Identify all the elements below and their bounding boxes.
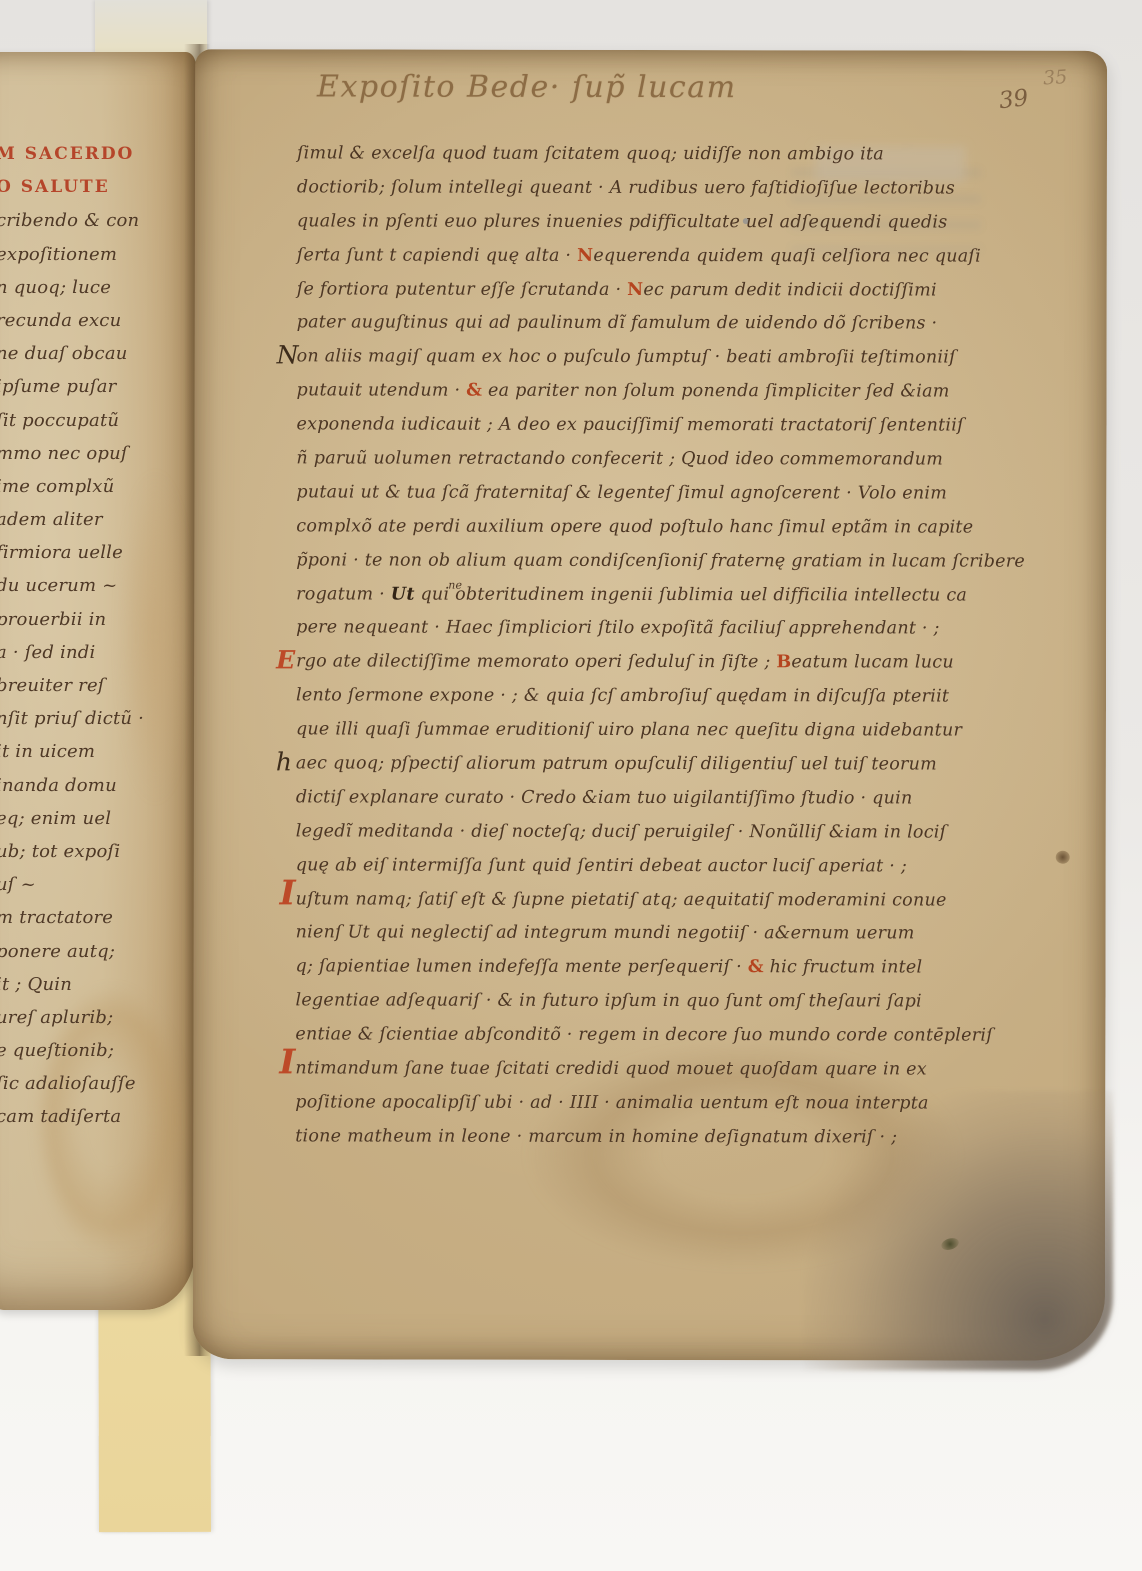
text-line: ime complxũ — [0, 470, 146, 503]
text-line: ſic adalioſauſſe — [0, 1067, 146, 1100]
line-segment: rogatum · — [296, 584, 391, 604]
text-line: ſerta ſunt t capiendi quę alta · Nequere… — [297, 239, 1027, 274]
text-line: ſit poccupatũ — [0, 404, 146, 437]
line-segment: hic fructum intel — [764, 958, 923, 978]
text-line: ſe fortiora putentur eſſe ſcrutanda · Ne… — [297, 273, 1027, 308]
text-line: cam tadiſerta — [0, 1100, 146, 1133]
line-segment: on aliis magiſ quam ex hoc o puſculo ſum… — [297, 347, 956, 368]
text-line: du ucerum ~ — [0, 569, 146, 602]
text-line: ſimul & excelſa quod tuam ſcitatem quoq;… — [297, 137, 1027, 172]
text-line: putauit utendum · & ea pariter non ſolum… — [297, 375, 1027, 410]
text-line: rogatum · Ut qui obteritudinem ingenii ſ… — [296, 578, 1026, 613]
line-segment: ſe fortiora putentur eſſe ſcrutanda · — [297, 279, 627, 300]
text-line: lento ſermone expone · ; & quia ſcſ ambr… — [296, 680, 1026, 715]
text-line: prouerbii in — [0, 603, 146, 636]
line-segment: ea pariter non ſolum ponenda ſimpliciter… — [482, 381, 949, 402]
text-line: it ; Quin — [0, 968, 146, 1001]
margin-initial: N — [277, 339, 299, 373]
text-line: Intimandum ſane tuae ſcitati credidi quo… — [295, 1052, 1025, 1087]
text-line: ub; tot expoſi — [0, 835, 146, 868]
line-segment: ec parum dedit indicii doctiſſimi — [643, 280, 937, 301]
line-segment: ntimandum ſane tuae ſcitati credidi quod… — [295, 1058, 927, 1079]
text-line: ne duaſ obcau — [0, 337, 146, 370]
manuscript-page: Expoſito Bede· ſup̃ lucam 39 35 ſimul & … — [193, 49, 1107, 1361]
text-line: inanda domu — [0, 769, 146, 802]
line-segment: uſtum namq; ſatiſ eſt & ſupne pietatiſ a… — [296, 889, 947, 910]
text-line: cribendo & con — [0, 204, 146, 237]
text-line: nſit priuſ dictũ · — [0, 702, 146, 735]
text-line: recunda excu — [0, 304, 146, 337]
text-line: Ergo ate dilectiſſime memorato operi ſed… — [296, 646, 1026, 681]
text-line: mmo nec opuſ — [0, 437, 146, 470]
rubricated-letter: N — [627, 280, 643, 300]
text-line: legedĩ meditanda · dieſ nocteſq; duciſ p… — [296, 815, 1026, 850]
text-line: n quoq; luce — [0, 271, 146, 304]
line-segment: rgo ate dilectiſſime memorato operi ſedu… — [296, 652, 776, 673]
rubric-margin-initial: E — [276, 644, 295, 678]
text-line: nienſ Ut qui neglectiſ ad integrum mundi… — [296, 917, 1026, 952]
text-line: expoſitionem — [0, 238, 146, 271]
text-line: complxõ ate perdi auxilium opere quod po… — [296, 510, 1026, 545]
text-line: pater auguſtinus qui ad paulinum dĩ famu… — [297, 307, 1027, 342]
line-segment: equerenda quidem quaſi celſiora nec quaſ… — [593, 246, 981, 267]
text-line: tione matheum in leone · marcum in homin… — [295, 1120, 1025, 1155]
text-line: que illi quaſi ſummae eruditioniſ uiro p… — [296, 714, 1026, 749]
text-line: ponere autq; — [0, 935, 146, 968]
rubricated-letter: N — [577, 246, 593, 266]
interlinear-gloss: ne — [448, 568, 462, 602]
text-line: it in uicem — [0, 735, 146, 768]
facing-page-text-column: M SACERDO O SALUTE cribendo & con expoſi… — [0, 138, 146, 1134]
text-line: eq; enim uel — [0, 802, 146, 835]
text-line: p̃poni · te non ob alium quam condiſcenſ… — [296, 544, 1026, 579]
text-line: Non aliis magiſ quam ex hoc o puſculo ſu… — [297, 341, 1027, 376]
line-segment: qui obteritudinem ingenii ſublimia uel d… — [415, 584, 967, 605]
text-line: haec quoq; pſpectiſ aliorum patrum opuſc… — [296, 747, 1026, 782]
text-line: putaui ut & tua ſcã fraternitaſ & legent… — [296, 476, 1026, 511]
text-line: ñ paruũ uolumen retractando confecerit ;… — [296, 442, 1026, 477]
text-line: breuiter reſ — [0, 669, 146, 702]
text-line: adem aliter — [0, 503, 146, 536]
text-line: e queſtionib; — [0, 1034, 146, 1067]
text-line: q; ſapientiae lumen indefeſſa mente perſ… — [296, 951, 1026, 986]
rubricated-letter: & — [748, 958, 764, 978]
page-title: Expoſito Bede· ſup̃ lucam — [317, 69, 737, 105]
ink-spot — [1056, 851, 1070, 864]
text-line: ureſ aplurib; — [0, 1001, 146, 1034]
text-line: firmiora uelle — [0, 536, 146, 569]
text-line: entiae & ſcientiae abſconditõ · regem in… — [295, 1019, 1025, 1054]
line-segment: aec quoq; pſpectiſ aliorum patrum opuſcu… — [296, 753, 937, 774]
rubric-margin-initial: I — [280, 877, 296, 911]
line-segment: putauit utendum · — [297, 381, 467, 401]
rubric-line: O SALUTE — [0, 171, 146, 204]
text-line: poſitione apocalipſiſ ubi · ad · IIII · … — [295, 1086, 1025, 1121]
manuscript-photo: M SACERDO O SALUTE cribendo & con expoſi… — [0, 0, 1142, 1571]
rubric-line: M SACERDO — [0, 138, 146, 171]
text-line: a · ſed indi — [0, 636, 146, 669]
folio-number-ink: 39 — [998, 85, 1030, 114]
text-line: quę ab eiſ intermiſſa ſunt quid ſentiri … — [296, 849, 1026, 884]
text-line: Iuſtum namq; ſatiſ eſt & ſupne pietatiſ … — [296, 883, 1026, 918]
folio-number-faint: 35 — [1042, 66, 1068, 90]
facing-page-fragment: M SACERDO O SALUTE cribendo & con expoſi… — [0, 52, 196, 1310]
text-line: exponenda iudicauit ; A deo ex pauciſſim… — [296, 409, 1026, 444]
text-line: ipſume puſar — [0, 370, 146, 403]
line-segment: q; ſapientiae lumen indefeſſa mente perſ… — [296, 957, 748, 978]
rubricated-letter: & — [466, 381, 482, 401]
text-line: m tractatore — [0, 901, 146, 934]
rubric-margin-initial: I — [279, 1046, 295, 1080]
rubricated-letter: B — [776, 653, 791, 673]
text-line: dictiſ explanare curato · Credo &iam tuo… — [296, 781, 1026, 816]
text-line: pere nequeant · Haec ſimpliciori ſtilo e… — [296, 612, 1026, 647]
text-line: legentiae adſequariſ · & in futuro ipſum… — [295, 985, 1025, 1020]
text-line: quales in pſenti euo plures inuenies pdi… — [297, 205, 1027, 240]
line-segment: eatum lucam lucu — [791, 653, 953, 673]
capital-letter: Ut — [391, 584, 415, 604]
margin-initial: h — [276, 745, 292, 779]
text-line: doctiorib; ſolum intellegi queant · A ru… — [297, 171, 1027, 206]
text-line: uſ ~ — [0, 868, 146, 901]
line-segment: ſerta ſunt t capiendi quę alta · — [297, 245, 577, 265]
text-block: ſimul & excelſa quod tuam ſcitatem quoq;… — [295, 137, 1027, 1155]
